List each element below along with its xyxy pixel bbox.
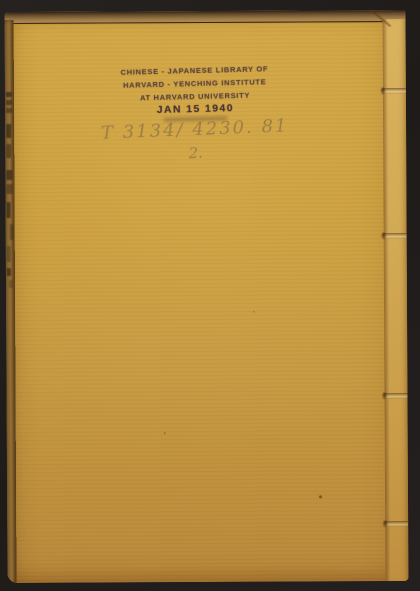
spine-illegible-marks — [6, 170, 12, 180]
paper-speck — [319, 495, 322, 498]
paper-speck — [253, 311, 255, 313]
fold-notch — [382, 88, 406, 94]
spine-illegible-marks — [7, 202, 11, 218]
paper-speck — [164, 432, 166, 434]
handwritten-annotation: T 3134/ 4230. 81 2. — [74, 114, 316, 167]
book-cover: CHINESE - JAPANESE LIBRARY OF HARVARD - … — [5, 10, 409, 583]
fold-notch — [384, 521, 408, 527]
spine-illegible-marks — [7, 268, 11, 276]
fold-notch — [383, 233, 407, 239]
spine-edge — [5, 20, 17, 583]
page-top-edge — [5, 10, 406, 24]
fore-edge-fold-strip — [383, 19, 409, 581]
spine-illegible-marks — [6, 124, 11, 138]
scan-background: CHINESE - JAPANESE LIBRARY OF HARVARD - … — [0, 0, 420, 591]
library-stamp: CHINESE - JAPANESE LIBRARY OF HARVARD - … — [84, 61, 305, 123]
fold-notch — [384, 393, 408, 399]
spine-illegible-marks — [6, 92, 12, 97]
